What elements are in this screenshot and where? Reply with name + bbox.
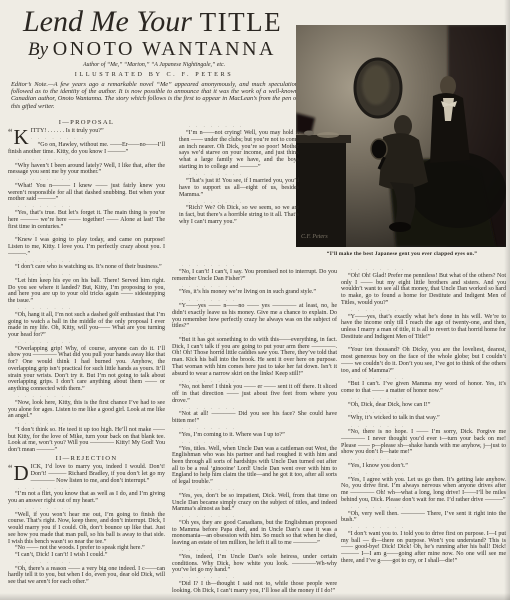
illustrator-credit: ILLUSTRATED BY C. F. PETERS xyxy=(10,71,298,78)
paragraph-separator-dots: . . . . . . . . xyxy=(182,331,337,335)
section-header: I—PROPOSAL xyxy=(8,119,165,126)
paragraph-separator-dots: . . . . . . . . xyxy=(182,514,337,518)
page-title-italic: Lend Me Your xyxy=(23,5,192,38)
magazine-page: Lend Me Your TITLE By ONOTO WANTANNA Aut… xyxy=(0,0,510,600)
story-paragraph: “That’s just it! You see, if I married y… xyxy=(179,178,299,198)
story-paragraph: “Why, it’s wicked to talk in that way.” xyxy=(341,415,506,422)
paragraph-separator-dots: . . . . . . . . xyxy=(189,200,299,204)
paragraph-separator-dots: . . . . . . . . xyxy=(18,204,165,208)
paragraph-separator-dots: . . . . . . . . xyxy=(351,424,506,428)
story-paragraph: “No, not here! I think you —— er —— sent… xyxy=(172,384,337,404)
story-paragraph: “But I can’t. I’ve given Mamma my word o… xyxy=(341,381,506,394)
drop-cap-quote: “ xyxy=(8,465,12,475)
story-paragraph: “Yes, I know you don’t.” xyxy=(341,463,506,470)
drop-cap-quote: “ xyxy=(8,129,12,139)
story-paragraph: “No, there is no hope. I —— I’m sorry, D… xyxy=(341,429,506,456)
story-paragraph: “Not at all! ———— Did you see his face? … xyxy=(172,411,337,424)
story-column-middle-bottom: . . . . . . . .“No, I can’t! I can’t, I … xyxy=(172,262,337,595)
story-paragraph: “I can’t, Dick! I can’t! I wish I could.… xyxy=(8,552,165,559)
story-paragraph: “I don’t care who is watching us. It’s n… xyxy=(8,264,165,271)
editors-note: Editor’s Note.—A few years ago a remarka… xyxy=(11,81,298,110)
story-illustration: C.F. Peters xyxy=(296,25,506,247)
story-paragraph: “Yes, that’s true. But let’s forget it. … xyxy=(8,210,165,230)
story-paragraph: “Now, look here, Kitty, this is the firs… xyxy=(8,400,165,420)
story-paragraph: “Yes, I’m coming to it. Where was I up t… xyxy=(172,432,337,439)
story-paragraph: “Go on, Hawley, without me. ——Er——no——I’… xyxy=(8,142,165,155)
page-title-caps: TITLE xyxy=(192,7,282,37)
illustration-caption: “I’ll make the best Japanese gent you ev… xyxy=(298,251,506,257)
story-paragraph: “Oh! Oh! Glad! Prefer me penniless! But … xyxy=(341,273,506,307)
paragraph-separator-dots: . . . . . . . . xyxy=(18,232,165,236)
story-paragraph: “I’m not a flirt, you know that as well … xyxy=(8,491,165,504)
drop-cap: K xyxy=(13,129,28,146)
story-paragraph: “Yes, yes, don’t be so impatient, Dick. … xyxy=(172,493,337,513)
paragraph-separator-dots: . . . . . . . . xyxy=(18,272,165,276)
paragraph-separator-dots: . . . . . . . . xyxy=(18,177,165,181)
paragraph-separator-dots: . . . . . . . . xyxy=(182,379,337,383)
story-paragraph: “Oh, hang it all, I’m not such a dashed … xyxy=(8,312,165,339)
section-header: II—REJECTION xyxy=(8,455,165,462)
story-paragraph: “I’m n——not crying! Well, you may hold i… xyxy=(179,130,299,171)
story-paragraph: “Well, if you won’t hear me out, I’m goi… xyxy=(8,512,165,546)
paragraph-separator-dots: . . . . . . . . xyxy=(189,172,299,176)
paragraph-separator-dots: . . . . . . . . xyxy=(18,157,165,161)
story-paragraph: “No, I can’t! I can’t, I say. You promis… xyxy=(172,269,337,282)
story-paragraph: “But it has got something to do with thi… xyxy=(172,337,337,377)
story-paragraph: “KITTY! . . . . . . Is it truly you?” xyxy=(8,128,165,135)
story-paragraph: “Your ten thousand? Oh Dicky, you are th… xyxy=(341,347,506,374)
author-credit: Author of “Me,” “Marion,” “A Japanese Ni… xyxy=(10,62,298,68)
illustration-drawing: C.F. Peters xyxy=(296,25,506,247)
desk xyxy=(296,141,346,247)
paragraph-separator-dots: . . . . . . . . xyxy=(182,548,337,552)
drop-cap: D xyxy=(13,465,28,482)
story-paragraph: “I don’t think so. He teed it up too hig… xyxy=(8,427,165,454)
story-paragraph: “Oh, there’s a reason —— a very big one … xyxy=(8,566,165,586)
paragraph-separator-dots: . . . . . . . . xyxy=(18,506,165,510)
story-paragraph: “Oh yes, they are good Canadians, but th… xyxy=(172,520,337,547)
paragraph-separator-dots: . . . . . . . . xyxy=(351,410,506,414)
paragraph-separator-dots: . . . . . . . . xyxy=(18,306,165,310)
story-paragraph: “Did I? I th—thought I said not to, whil… xyxy=(172,581,337,594)
story-paragraph: “Oh, very well then. ———— There, I’ve se… xyxy=(341,511,506,524)
paragraph-separator-dots: . . . . . . . . xyxy=(182,487,337,491)
byline-prefix: By xyxy=(28,39,53,60)
story-paragraph: “Yes, indeed, I’m Uncle Dan’s sole heire… xyxy=(172,554,337,574)
paragraph-separator-dots: . . . . . . . . xyxy=(182,575,337,579)
paragraph-separator-dots: . . . . . . . . xyxy=(351,396,506,400)
paragraph-separator-dots: . . . . . . . . xyxy=(351,525,506,529)
story-paragraph: “I don’t want you to. I told you to driv… xyxy=(341,531,506,565)
paragraph-separator-dots: . . . . . . . . xyxy=(182,440,337,444)
paragraph-separator-dots: . . . . . . . . xyxy=(18,259,165,263)
hand-mirror xyxy=(371,139,387,159)
story-paragraph: “Oh, Dick, dear Dick, how can I!” xyxy=(341,402,506,409)
paragraph-separator-dots: . . . . . . . . xyxy=(18,340,165,344)
story-paragraph: “Rich? We? Oh Dick, so we seem, so we ar… xyxy=(179,205,299,225)
story-paragraph: “Why haven’t I been around lately? Well,… xyxy=(8,163,165,176)
story-paragraph: “Yes, I agree with you. Let us go then. … xyxy=(341,477,506,504)
author-name: ONOTO WANTANNA xyxy=(53,38,276,60)
paragraph-separator-dots: . . . . . . . . xyxy=(182,426,337,430)
story-paragraph: “Yes, it’s his money we’re living on in … xyxy=(172,289,337,296)
paragraph-separator-dots: . . . . . . . . xyxy=(351,471,506,475)
story-column-right: . . . . . . . .“Oh! Oh! Glad! Prefer me … xyxy=(341,266,506,595)
paragraph-separator-dots: . . . . . . . . xyxy=(31,136,165,140)
story-paragraph: “Y——yes, that’s exactly what he’s done i… xyxy=(341,314,506,341)
story-paragraph: “What! You n——— I knew —— just fairly kn… xyxy=(8,183,165,203)
paragraph-separator-dots: . . . . . . . . xyxy=(18,394,165,398)
paragraph-separator-dots: . . . . . . . . xyxy=(351,267,506,271)
paragraph-separator-dots: . . . . . . . . xyxy=(18,486,165,490)
story-column-left: I—PROPOSAL“KITTY! . . . . . . Is it trul… xyxy=(8,118,165,595)
byline: By ONOTO WANTANNA xyxy=(28,38,276,61)
paragraph-separator-dots: . . . . . . . . xyxy=(351,457,506,461)
story-paragraph: “Knew I was going to play today, and cam… xyxy=(8,237,165,257)
paragraph-separator-dots: . . . . . . . . xyxy=(351,342,506,346)
story-paragraph: “Yes, titles. Well, when Uncle Dan was a… xyxy=(172,446,337,486)
story-column-middle-top: . . . . . . . .“I’m n——not crying! Well,… xyxy=(179,123,299,262)
paragraph-separator-dots: . . . . . . . . xyxy=(182,284,337,288)
paragraph-separator-dots: . . . . . . . . xyxy=(351,376,506,380)
story-paragraph: “Y——yes —— n——no —— yes ———— at least, n… xyxy=(172,303,337,330)
paragraph-separator-dots: . . . . . . . . xyxy=(18,560,165,564)
story-paragraph: “Overlapping grip! Why, of course, anyon… xyxy=(8,346,165,393)
paragraph-separator-dots: . . . . . . . . xyxy=(351,505,506,509)
paragraph-separator-dots: . . . . . . . . xyxy=(189,124,299,128)
story-paragraph: “DICK, I’d love to marry you, indeed I w… xyxy=(8,464,165,484)
paragraph-separator-dots: . . . . . . . . xyxy=(351,308,506,312)
paragraph-separator-dots: . . . . . . . . xyxy=(182,298,337,302)
illustrator-signature: C.F. Peters xyxy=(301,234,328,240)
story-paragraph: “Let him keep his eye on his ball. There… xyxy=(8,278,165,305)
paragraph-separator-dots: . . . . . . . . xyxy=(18,421,165,425)
paragraph-separator-dots: . . . . . . . . xyxy=(182,406,337,410)
paragraph-separator-dots: . . . . . . . . xyxy=(182,263,337,267)
page-title: Lend Me Your TITLE xyxy=(23,5,303,39)
